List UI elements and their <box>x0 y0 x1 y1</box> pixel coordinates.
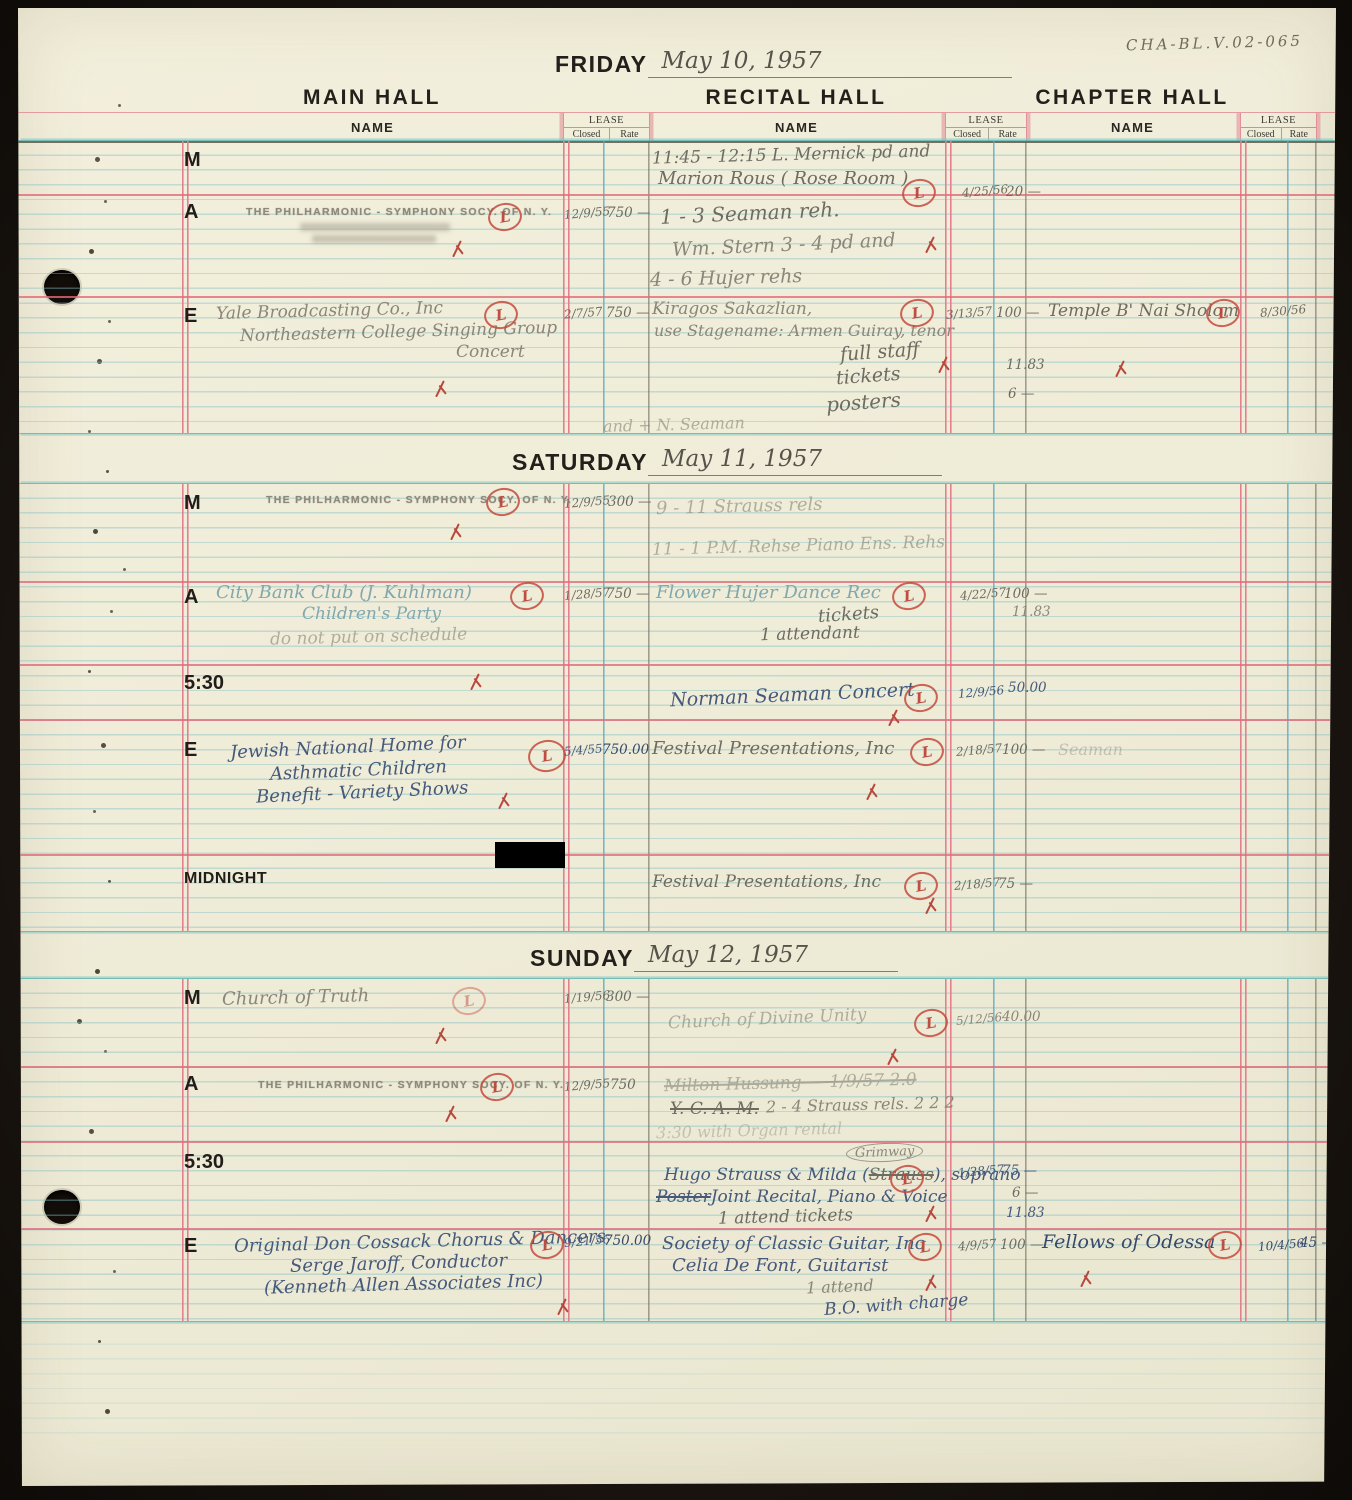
lease-rate: 750.00 <box>602 744 649 758</box>
check-mark-icon <box>1113 357 1131 377</box>
lease-closed-date: 1/19/56 <box>564 989 611 1005</box>
row-divider <box>18 854 1336 856</box>
row-divider <box>18 194 1336 196</box>
entry-line: Norman Seaman Concert <box>670 681 915 711</box>
row-label-morning: M <box>184 987 201 1010</box>
name-column-header: NAME <box>182 113 563 141</box>
lease-rate: 6 — <box>1012 1187 1038 1201</box>
name-column-header: NAME <box>1025 113 1240 141</box>
entry-line: Seaman <box>1058 742 1123 758</box>
entry-text: Hugo Strauss & Milda ( <box>664 1165 869 1185</box>
entry-line: 1 attendant <box>760 625 860 645</box>
lease-closed-date: 2/18/57 <box>954 876 1001 892</box>
entry-line: Festival Presentations, Inc <box>652 740 894 758</box>
lease-closed-date: 4/9/57 <box>958 1237 998 1252</box>
entry-line: Celia De Font, Guitarist <box>672 1257 888 1275</box>
entry-line: 1 - 3 Seaman reh. <box>660 199 840 227</box>
blank-ruled-area <box>18 1330 1336 1440</box>
check-mark-icon <box>936 353 954 373</box>
lease-rate: 11.83 <box>1012 606 1051 620</box>
circled-l-mark: L <box>908 735 946 768</box>
ledger-paper: CHA-BL.V.02-065 FRIDAYMay 10, 1957 MAIN … <box>18 8 1336 1486</box>
entry-line: 2 - 4 Strauss rels. 2 2 2 <box>766 1095 955 1116</box>
entry-line: Kiragos Sakazlian, <box>652 301 812 318</box>
day-date-handwritten: May 12, 1957 <box>634 942 898 972</box>
check-mark-icon <box>433 377 451 397</box>
check-mark-icon <box>468 670 486 690</box>
entry-line: posters <box>825 389 901 414</box>
lease-header-recital: LEASE Closed Rate <box>945 113 1027 141</box>
entry-line: B.O. with charge <box>824 1292 969 1319</box>
archive-code: CHA-BL.V.02-065 <box>1126 32 1303 55</box>
row-label-midnight: MIDNIGHT <box>184 870 267 888</box>
entry-line: Society of Classic Guitar, Inc <box>662 1235 925 1253</box>
sunday-table: M A 5:30 E Church of Truth L 1/19/56 300… <box>18 978 1336 1322</box>
entry-text-struck: Poster <box>656 1187 711 1207</box>
entry-note-circled: Grimway <box>846 1141 924 1163</box>
lease-closed-date: 5/12/56 <box>956 1011 1003 1027</box>
entry-line: Flower Hujer Dance Rec <box>656 584 881 602</box>
day-date-handwritten: May 10, 1957 <box>648 48 1012 78</box>
row-label-530: 5:30 <box>184 672 224 695</box>
check-mark-icon <box>555 1295 573 1315</box>
entry-line: (Kenneth Allen Associates Inc) <box>264 1272 543 1297</box>
row-divider <box>18 1066 1336 1068</box>
lease-rate: 750 <box>610 1079 636 1093</box>
lease-rate: 100 — <box>1002 744 1046 758</box>
entry-line: do not put on schedule <box>270 626 468 648</box>
entry-line: Wm. Stern 3 - 4 pd and <box>672 231 896 260</box>
day-label: SUNDAY <box>530 945 634 971</box>
entry-line: Concert <box>456 344 525 361</box>
lease-closed-date: 12/9/55 <box>564 1077 611 1093</box>
lease-closed-date: 5/4/55 <box>564 742 604 757</box>
redaction-box <box>495 842 565 868</box>
circled-l-mark: L <box>890 579 928 612</box>
row-label-530: 5:30 <box>184 1151 224 1174</box>
entry-line: Church of Truth <box>222 987 370 1009</box>
check-mark-icon <box>923 233 941 253</box>
entry-line: Marion Rous ( Rose Room ) <box>658 170 908 188</box>
scanned-ledger-photo: CHA-BL.V.02-065 FRIDAYMay 10, 1957 MAIN … <box>0 0 1352 1500</box>
entry-line: City Bank Club (J. Kuhlman) <box>216 584 472 602</box>
entry-line-struck: Y. C. A. M. <box>670 1101 759 1118</box>
circled-l-mark: L <box>450 984 488 1017</box>
lease-header-chapter: LEASE Closed Rate <box>1240 113 1317 141</box>
check-mark-icon <box>450 237 468 257</box>
lease-rate: 100 — <box>996 307 1040 321</box>
check-mark-icon <box>923 1271 941 1291</box>
name-column-header: NAME <box>648 113 945 141</box>
entry-line: Yale Broadcasting Co., Inc <box>216 300 443 323</box>
lease-rate: 75 — <box>998 878 1033 892</box>
row-divider <box>18 296 1336 298</box>
day-label: FRIDAY <box>555 51 648 77</box>
check-mark-icon <box>923 1202 941 1222</box>
row-label-afternoon: A <box>184 586 198 609</box>
entry-line: 9 - 11 Strauss rels <box>656 496 823 518</box>
lease-rate: 50.00 <box>1008 682 1047 696</box>
row-label-afternoon: A <box>184 201 198 224</box>
check-mark-icon <box>886 706 904 726</box>
margin-note: and + N. Seaman <box>603 415 745 435</box>
entry-line: Children's Party <box>302 606 441 623</box>
lease-rate: 45 — <box>1300 1237 1335 1251</box>
check-mark-icon <box>864 780 882 800</box>
lease-closed-date: 3/13/57 <box>946 305 993 321</box>
row-divider <box>18 664 1336 666</box>
entry-line: Church of Divine Unity <box>668 1007 867 1033</box>
lease-closed-date: 12/9/55 <box>564 494 611 510</box>
lease-closed-date: 1/28/57 <box>564 586 611 602</box>
sunday-header: SUNDAYMay 12, 1957 <box>530 942 898 972</box>
circled-l-mark: L <box>484 485 522 518</box>
entry-line-struck: Milton Hussung — 1/9/57 2.0 <box>664 1072 917 1096</box>
entry-line: 11:45 - 12:15 L. Mernick pd and <box>652 143 931 167</box>
row-label-afternoon: A <box>184 1073 198 1096</box>
lease-label: LEASE <box>1241 113 1316 128</box>
lease-rate: 300 — <box>608 496 652 510</box>
lease-rate: 750.00 <box>604 1235 651 1249</box>
entry-line: 3:30 with Organ rental <box>656 1121 842 1142</box>
lease-label: LEASE <box>946 113 1026 128</box>
check-mark-icon <box>923 894 941 914</box>
stamp-philharmonic: THE PHILHARMONIC - SYMPHONY SOCY. OF N. … <box>266 494 572 506</box>
lease-closed-date: 10/4/56 <box>1258 1237 1305 1253</box>
lease-rate: 750 — <box>606 588 650 602</box>
row-label-evening: E <box>184 305 197 328</box>
entry-line: 4 - 6 Hujer rehs <box>650 267 803 290</box>
lease-closed-date: 4/25/56 <box>962 183 1009 199</box>
friday-header: FRIDAYMay 10, 1957 <box>555 48 1012 78</box>
check-mark-icon <box>1078 1267 1096 1287</box>
circled-l-mark: L <box>478 1070 516 1103</box>
entry-line: 1 attend tickets <box>718 1207 853 1228</box>
hall-title-recital: RECITAL HALL <box>706 86 887 110</box>
circled-l-mark: L <box>526 737 569 775</box>
entry-line: Festival Presentations, Inc <box>652 874 881 891</box>
row-divider <box>18 719 1336 721</box>
column-header-band: NAME LEASE Closed Rate NAME LEASE Closed… <box>18 112 1336 143</box>
row-label-evening: E <box>184 1235 197 1258</box>
stamp-address-blur <box>300 223 450 231</box>
lease-rate: 100 — <box>1000 1239 1044 1253</box>
lease-rate: 11.83 <box>1006 1207 1045 1221</box>
lease-rate: 11.83 <box>1006 359 1045 373</box>
lease-rate: 750 — <box>607 207 651 221</box>
day-date-handwritten: May 11, 1957 <box>648 446 942 476</box>
lease-closed-date: 4/22/57 <box>960 586 1007 602</box>
check-mark-icon <box>443 1102 461 1122</box>
lease-closed-date: 8/30/56 <box>1260 303 1307 319</box>
check-mark-icon <box>885 1045 903 1065</box>
lease-closed-date: 12/9/56 <box>958 684 1005 700</box>
lease-rate: 40.00 <box>1002 1011 1041 1025</box>
lease-label: LEASE <box>564 113 649 128</box>
saturday-header: SATURDAYMay 11, 1957 <box>512 446 942 476</box>
entry-line: full staff <box>839 340 920 365</box>
hall-title-main: MAIN HALL <box>303 86 441 110</box>
friday-table: M A E 11:45 - 12:15 L. Mernick pd and Ma… <box>18 140 1336 434</box>
row-label-morning: M <box>184 492 201 515</box>
hall-title-chapter: CHAPTER HALL <box>1035 86 1228 110</box>
saturday-table: M A 5:30 E MIDNIGHT THE PHILHARMONIC - S… <box>18 483 1336 932</box>
lease-rate: 750 — <box>606 307 650 321</box>
stamp-philharmonic: THE PHILHARMONIC - SYMPHONY SOCY. OF N. … <box>258 1079 564 1091</box>
lease-header-main: LEASE Closed Rate <box>563 113 650 141</box>
circled-l-mark: L <box>912 1006 950 1039</box>
entry-line: Fellows of Odessa <box>1042 1233 1215 1252</box>
check-mark-icon <box>496 789 514 809</box>
lease-rate: 6 — <box>1008 388 1034 402</box>
stamp-address-blur <box>312 235 436 243</box>
lease-rate: 100 — <box>1004 588 1048 602</box>
lease-rate: 300 — <box>606 991 650 1005</box>
entry-line: 11 - 1 P.M. Rehse Piano Ens. Rehs <box>652 534 945 559</box>
row-divider <box>18 1228 1336 1230</box>
row-label-evening: E <box>184 739 197 762</box>
paper-specks <box>18 8 21 11</box>
lease-rate: 20 — <box>1006 186 1041 200</box>
lease-rate: 75 — <box>1002 1165 1037 1179</box>
entry-line: 1 attend <box>806 1278 874 1297</box>
circled-l-mark: L <box>508 579 546 612</box>
lease-closed-date: 2/18/57 <box>956 742 1003 758</box>
check-mark-icon <box>448 520 466 540</box>
lease-closed-date: 12/9/55 <box>564 205 611 221</box>
row-label-morning: M <box>184 149 201 172</box>
check-mark-icon <box>433 1024 451 1044</box>
day-label: SATURDAY <box>512 449 648 475</box>
lease-closed-date: 2/7/57 <box>564 305 604 320</box>
entry-line: tickets <box>835 365 901 388</box>
